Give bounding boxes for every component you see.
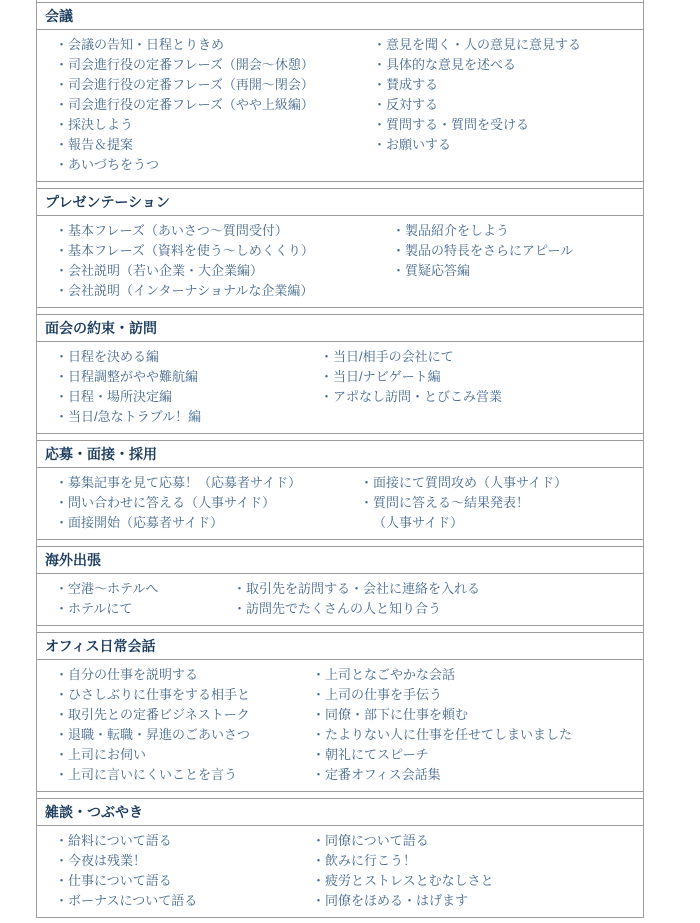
- phrase-link[interactable]: ホテルにて: [68, 599, 132, 619]
- phrase-section: オフィス日常会話・自分の仕事を説明する・ひさしぶりに仕事をする相手と・取引先との…: [37, 632, 643, 792]
- phrase-index: 会議・会議の告知・日程とりきめ・司会進行役の定番フレーズ（開会～休憩）・司会進行…: [36, 0, 644, 918]
- phrase-link[interactable]: ボーナスについて語る: [68, 891, 197, 911]
- list-item: ・今夜は残業！: [55, 851, 312, 871]
- phrase-link[interactable]: 会議の告知・日程とりきめ: [68, 35, 224, 55]
- phrase-link[interactable]: 空港～ホテルへ: [68, 579, 158, 599]
- item-bullet: ・: [373, 115, 386, 135]
- list-item: ・取引先を訪問する・会社に連絡を入れる: [233, 579, 633, 599]
- list-item: ・日程・場所決定編: [55, 387, 320, 407]
- list-item: ・飲みに行こう！: [312, 851, 633, 871]
- item-bullet: ・: [55, 765, 68, 785]
- list-item: ・たよりない人に仕事を任せてしまいました: [312, 725, 633, 745]
- phrase-link[interactable]: 給料について語る: [68, 831, 172, 851]
- phrase-link[interactable]: 訪問先でたくさんの人と知り合う: [246, 599, 441, 619]
- list-item: ・取引先との定番ビジネストーク: [55, 705, 312, 725]
- item-bullet: ・: [312, 685, 325, 705]
- phrase-section: 海外出張・空港～ホテルへ・ホテルにて・取引先を訪問する・会社に連絡を入れる・訪問…: [37, 546, 643, 626]
- list-item: ・日程を決める編: [55, 347, 320, 367]
- list-item: ・会議の告知・日程とりきめ: [55, 35, 373, 55]
- phrase-link[interactable]: 募集記事を見て応募！（応募者サイド）: [68, 473, 301, 493]
- item-bullet: ・: [312, 765, 325, 785]
- phrase-section: 応募・面接・採用・募集記事を見て応募！（応募者サイド）・問い合わせに答える（人事…: [37, 440, 643, 540]
- list-item: ・日程調整がやや難航編: [55, 367, 320, 387]
- item-bullet: ・: [55, 347, 68, 367]
- item-bullet: ・: [55, 135, 68, 155]
- phrase-link[interactable]: 司会進行役の定番フレーズ（再開～閉会）: [68, 75, 314, 95]
- section-body: ・基本フレーズ（あいさつ～質問受付）・基本フレーズ（資料を使う～しめくくり）・会…: [37, 216, 643, 308]
- list-item: ・面接開始（応募者サイド）: [55, 513, 360, 533]
- phrase-link[interactable]: 今夜は残業！: [68, 851, 146, 871]
- phrase-link[interactable]: 疲労とストレスとむなしさと: [325, 871, 494, 891]
- item-bullet: ・: [55, 745, 68, 765]
- right-column: ・同僚について語る・飲みに行こう！・疲労とストレスとむなしさと・同僚をほめる・は…: [312, 831, 633, 911]
- section-body: ・日程を決める編・日程調整がやや難航編・日程・場所決定編・当日/急なトラブル！編…: [37, 342, 643, 434]
- left-column: ・空港～ホテルへ・ホテルにて: [55, 579, 233, 619]
- item-bullet: ・: [55, 891, 68, 911]
- phrase-link[interactable]: 基本フレーズ（資料を使う～しめくくり）: [68, 241, 314, 261]
- phrase-link[interactable]: 報告＆提案: [68, 135, 133, 155]
- item-bullet: ・: [55, 281, 68, 301]
- item-bullet: ・: [392, 221, 405, 241]
- item-bullet: ・: [55, 705, 68, 725]
- right-column: ・製品紹介をしよう・製品の特長をさらにアピール・質疑応答編: [392, 221, 633, 281]
- item-bullet: ・: [55, 55, 68, 75]
- phrase-link[interactable]: 会社説明（若い企業・大企業編）: [68, 261, 263, 281]
- list-item: ・基本フレーズ（資料を使う～しめくくり）: [55, 241, 392, 261]
- left-column: ・募集記事を見て応募！（応募者サイド）・問い合わせに答える（人事サイド）・面接開…: [55, 473, 360, 533]
- item-bullet: ・: [55, 35, 68, 55]
- phrase-link[interactable]: 質疑応答編: [405, 261, 470, 281]
- list-item: ・司会進行役の定番フレーズ（再開～閉会）: [55, 75, 373, 95]
- section-title: 面会の約束・訪問: [37, 314, 643, 342]
- phrase-link[interactable]: 上司となごやかな会話: [325, 665, 455, 685]
- list-item: ・採決しよう: [55, 115, 373, 135]
- phrase-link[interactable]: 同僚をほめる・はげます: [325, 891, 468, 911]
- phrase-link[interactable]: 定番オフィス会話集: [325, 765, 441, 785]
- list-item: ・同僚について語る: [312, 831, 633, 851]
- phrase-link[interactable]: 意見を聞く・人の意見に意見する: [386, 35, 581, 55]
- item-bullet: ・: [373, 95, 386, 115]
- list-item: ・ホテルにて: [55, 599, 233, 619]
- item-bullet: ・: [320, 387, 333, 407]
- item-bullet: ・: [55, 221, 68, 241]
- item-bullet: ・: [55, 579, 68, 599]
- section-title: 雑談・つぶやき: [37, 798, 643, 826]
- item-bullet: ・: [55, 599, 68, 619]
- list-item: ・当日/急なトラブル！編: [55, 407, 320, 427]
- item-bullet: ・: [55, 851, 68, 871]
- phrase-link[interactable]: あいづちをうつ: [68, 155, 159, 175]
- left-column: ・会議の告知・日程とりきめ・司会進行役の定番フレーズ（開会～休憩）・司会進行役の…: [55, 35, 373, 175]
- phrase-link[interactable]: ひさしぶりに仕事をする相手と: [68, 685, 250, 705]
- right-column: ・意見を聞く・人の意見に意見する・具体的な意見を述べる・賛成する・反対する・質問…: [373, 35, 633, 155]
- list-item: ・アポなし訪問・とびこみ営業: [320, 387, 633, 407]
- list-item: ・ボーナスについて語る: [55, 891, 312, 911]
- item-bullet: ・: [360, 473, 373, 493]
- phrase-link[interactable]: 同僚について語る: [325, 831, 429, 851]
- phrase-link[interactable]: 朝礼にてスピーチ: [325, 745, 428, 765]
- item-bullet: ・: [55, 473, 68, 493]
- item-bullet: ・: [55, 95, 68, 115]
- phrase-link[interactable]: 司会進行役の定番フレーズ（やや上級編）: [68, 95, 314, 115]
- list-item: ・同僚・部下に仕事を頼む: [312, 705, 633, 725]
- phrase-link[interactable]: 日程・場所決定編: [68, 387, 172, 407]
- list-item: ・賛成する: [373, 75, 633, 95]
- phrase-link[interactable]: 基本フレーズ（あいさつ～質問受付）: [68, 221, 288, 241]
- item-bullet: ・: [233, 579, 246, 599]
- list-item: ・上司の仕事を手伝う: [312, 685, 633, 705]
- left-column: ・給料について語る・今夜は残業！・仕事について語る・ボーナスについて語る: [55, 831, 312, 911]
- list-item: ・募集記事を見て応募！（応募者サイド）: [55, 473, 360, 493]
- item-bullet: ・: [233, 599, 246, 619]
- phrase-link[interactable]: 同僚・部下に仕事を頼む: [325, 705, 468, 725]
- item-bullet: ・: [312, 831, 325, 851]
- item-bullet: ・: [312, 745, 325, 765]
- section-body: ・自分の仕事を説明する・ひさしぶりに仕事をする相手と・取引先との定番ビジネストー…: [37, 660, 643, 792]
- phrase-link[interactable]: 当日/急なトラブル！編: [68, 407, 201, 427]
- section-title: 応募・面接・採用: [37, 440, 643, 468]
- list-item: ・製品紹介をしよう: [392, 221, 633, 241]
- item-bullet: ・: [55, 493, 68, 513]
- phrase-link[interactable]: 当日/ナビゲート編: [333, 367, 441, 387]
- item-bullet: ・: [373, 135, 386, 155]
- item-bullet: ・: [55, 155, 68, 175]
- list-item: ・上司にお伺い: [55, 745, 312, 765]
- item-bullet: ・: [312, 891, 325, 911]
- section-body: ・空港～ホテルへ・ホテルにて・取引先を訪問する・会社に連絡を入れる・訪問先でたく…: [37, 574, 643, 626]
- phrase-link[interactable]: 面接にて質問攻め（人事サイド）: [373, 473, 567, 493]
- section-title: 海外出張: [37, 546, 643, 574]
- list-item: ・ひさしぶりに仕事をする相手と: [55, 685, 312, 705]
- item-bullet: ・: [373, 35, 386, 55]
- item-bullet: ・: [312, 871, 325, 891]
- list-item: ・疲労とストレスとむなしさと: [312, 871, 633, 891]
- phrase-section: 会議・会議の告知・日程とりきめ・司会進行役の定番フレーズ（開会～休憩）・司会進行…: [37, 2, 643, 182]
- right-column: ・上司となごやかな会話・上司の仕事を手伝う・同僚・部下に仕事を頼む・たよりない人…: [312, 665, 633, 785]
- list-item: ・司会進行役の定番フレーズ（開会～休憩）: [55, 55, 373, 75]
- phrase-link[interactable]: 司会進行役の定番フレーズ（開会～休憩）: [68, 55, 314, 75]
- list-item: ・朝礼にてスピーチ: [312, 745, 633, 765]
- item-bullet: ・: [55, 871, 68, 891]
- list-item: ・自分の仕事を説明する: [55, 665, 312, 685]
- list-item: ・反対する: [373, 95, 633, 115]
- item-bullet: ・: [392, 261, 405, 281]
- phrase-link[interactable]: たよりない人に仕事を任せてしまいました: [325, 725, 572, 745]
- list-item: ・仕事について語る: [55, 871, 312, 891]
- phrase-link[interactable]: 日程を決める編: [68, 347, 159, 367]
- item-bullet: ・: [55, 831, 68, 851]
- item-bullet: ・: [55, 387, 68, 407]
- list-item: ・退職・転職・昇進のごあいさつ: [55, 725, 312, 745]
- phrase-link[interactable]: 上司にお伺い: [68, 745, 146, 765]
- phrase-link[interactable]: アポなし訪問・とびこみ営業: [333, 387, 502, 407]
- item-bullet: ・: [55, 261, 68, 281]
- phrase-link-line: 質問に答える～結果発表！: [373, 493, 529, 513]
- section-title: オフィス日常会話: [37, 632, 643, 660]
- section-title: 会議: [37, 2, 643, 30]
- list-item: ・お願いする: [373, 135, 633, 155]
- list-item: ・上司に言いにくいことを言う: [55, 765, 312, 785]
- phrase-link[interactable]: 上司の仕事を手伝う: [325, 685, 442, 705]
- item-bullet: ・: [55, 115, 68, 135]
- phrase-link[interactable]: 会社説明（インターナショナルな企業編）: [68, 281, 313, 301]
- phrase-link[interactable]: 当日/相手の会社にて: [333, 347, 454, 367]
- list-item: ・当日/ナビゲート編: [320, 367, 633, 387]
- list-item: ・問い合わせに答える（人事サイド）: [55, 493, 360, 513]
- phrase-link[interactable]: 製品の特長をさらにアピール: [405, 241, 573, 261]
- list-item: ・上司となごやかな会話: [312, 665, 633, 685]
- phrase-link[interactable]: 取引先を訪問する・会社に連絡を入れる: [246, 579, 480, 599]
- list-item: ・報告＆提案: [55, 135, 373, 155]
- list-item: ・質問に答える～結果発表！（人事サイド）: [360, 493, 633, 533]
- list-item: ・当日/相手の会社にて: [320, 347, 633, 367]
- item-bullet: ・: [312, 705, 325, 725]
- section-title: プレゼンテーション: [37, 188, 643, 216]
- phrase-section: 面会の約束・訪問・日程を決める編・日程調整がやや難航編・日程・場所決定編・当日/…: [37, 314, 643, 434]
- list-item: ・面接にて質問攻め（人事サイド）: [360, 473, 633, 493]
- list-item: ・具体的な意見を述べる: [373, 55, 633, 75]
- phrase-link[interactable]: 質問する・質問を受ける: [386, 115, 529, 135]
- phrase-link[interactable]: 退職・転職・昇進のごあいさつ: [68, 725, 250, 745]
- section-body: ・給料について語る・今夜は残業！・仕事について語る・ボーナスについて語る・同僚に…: [37, 826, 643, 918]
- phrase-link[interactable]: 反対する: [386, 95, 438, 115]
- phrase-link[interactable]: お願いする: [386, 135, 451, 155]
- right-column: ・面接にて質問攻め（人事サイド）・質問に答える～結果発表！（人事サイド）: [360, 473, 633, 533]
- list-item: ・定番オフィス会話集: [312, 765, 633, 785]
- left-column: ・日程を決める編・日程調整がやや難航編・日程・場所決定編・当日/急なトラブル！編: [55, 347, 320, 427]
- left-column: ・自分の仕事を説明する・ひさしぶりに仕事をする相手と・取引先との定番ビジネストー…: [55, 665, 312, 785]
- list-item: ・意見を聞く・人の意見に意見する: [373, 35, 633, 55]
- phrase-link[interactable]: 採決しよう: [68, 115, 133, 135]
- list-item: ・質問する・質問を受ける: [373, 115, 633, 135]
- phrase-link[interactable]: 質問に答える～結果発表！（人事サイド）: [373, 493, 529, 533]
- item-bullet: ・: [373, 55, 386, 75]
- item-bullet: ・: [312, 665, 325, 685]
- list-item: ・給料について語る: [55, 831, 312, 851]
- phrase-section: プレゼンテーション・基本フレーズ（あいさつ～質問受付）・基本フレーズ（資料を使う…: [37, 188, 643, 308]
- item-bullet: ・: [320, 367, 333, 387]
- left-column: ・基本フレーズ（あいさつ～質問受付）・基本フレーズ（資料を使う～しめくくり）・会…: [55, 221, 392, 301]
- section-body: ・会議の告知・日程とりきめ・司会進行役の定番フレーズ（開会～休憩）・司会進行役の…: [37, 30, 643, 182]
- list-item: ・訪問先でたくさんの人と知り合う: [233, 599, 633, 619]
- list-item: ・司会進行役の定番フレーズ（やや上級編）: [55, 95, 373, 115]
- phrase-section: 雑談・つぶやき・給料について語る・今夜は残業！・仕事について語る・ボーナスについ…: [37, 798, 643, 918]
- phrase-link[interactable]: 面接開始（応募者サイド）: [68, 513, 223, 533]
- item-bullet: ・: [320, 347, 333, 367]
- item-bullet: ・: [55, 685, 68, 705]
- item-bullet: ・: [55, 725, 68, 745]
- phrase-link[interactable]: 製品紹介をしよう: [405, 221, 509, 241]
- section-body: ・募集記事を見て応募！（応募者サイド）・問い合わせに答える（人事サイド）・面接開…: [37, 468, 643, 540]
- right-column: ・取引先を訪問する・会社に連絡を入れる・訪問先でたくさんの人と知り合う: [233, 579, 633, 619]
- list-item: ・会社説明（若い企業・大企業編）: [55, 261, 392, 281]
- list-item: ・あいづちをうつ: [55, 155, 373, 175]
- item-bullet: ・: [55, 665, 68, 685]
- phrase-link[interactable]: 上司に言いにくいことを言う: [68, 765, 237, 785]
- item-bullet: ・: [55, 407, 68, 427]
- phrase-link[interactable]: 具体的な意見を述べる: [386, 55, 516, 75]
- right-column: ・当日/相手の会社にて・当日/ナビゲート編・アポなし訪問・とびこみ営業: [320, 347, 633, 407]
- item-bullet: ・: [55, 75, 68, 95]
- item-bullet: ・: [373, 75, 386, 95]
- item-bullet: ・: [55, 367, 68, 387]
- list-item: ・空港～ホテルへ: [55, 579, 233, 599]
- item-bullet: ・: [55, 241, 68, 261]
- item-bullet: ・: [312, 851, 325, 871]
- phrase-link[interactable]: 賛成する: [386, 75, 438, 95]
- list-item: ・会社説明（インターナショナルな企業編）: [55, 281, 392, 301]
- list-item: ・同僚をほめる・はげます: [312, 891, 633, 911]
- phrase-link[interactable]: 日程調整がやや難航編: [68, 367, 198, 387]
- item-bullet: ・: [392, 241, 405, 261]
- item-bullet: ・: [312, 725, 325, 745]
- phrase-link[interactable]: 仕事について語る: [68, 871, 172, 891]
- phrase-link-line: （人事サイド）: [373, 513, 529, 533]
- item-bullet: ・: [55, 513, 68, 533]
- item-bullet: ・: [360, 493, 373, 513]
- list-item: ・基本フレーズ（あいさつ～質問受付）: [55, 221, 392, 241]
- phrase-link[interactable]: 問い合わせに答える（人事サイド）: [68, 493, 275, 513]
- phrase-link[interactable]: 取引先との定番ビジネストーク: [68, 705, 250, 725]
- phrase-link[interactable]: 自分の仕事を説明する: [68, 665, 198, 685]
- phrase-link[interactable]: 飲みに行こう！: [325, 851, 416, 871]
- list-item: ・製品の特長をさらにアピール: [392, 241, 633, 261]
- list-item: ・質疑応答編: [392, 261, 633, 281]
